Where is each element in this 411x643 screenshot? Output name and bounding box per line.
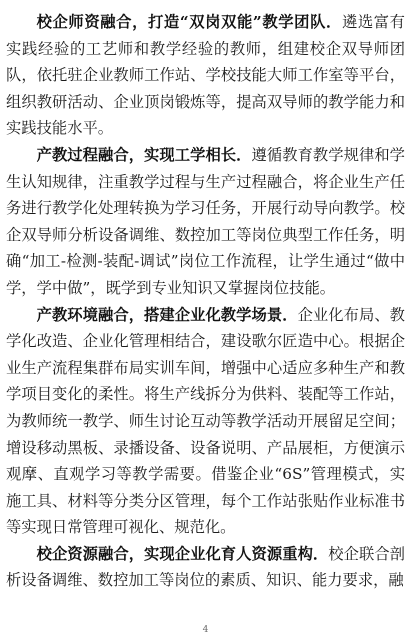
paragraph-environment-integration: 产教环境融合，搭建企业化教学场景．企业化布局、教学化改造、企业化管理相结合，建设… bbox=[6, 302, 405, 541]
paragraph-resource-integration: 校企资源融合，实现企业化育人资源重构．校企联合剖析设备调维、数控加工等岗位的素质… bbox=[6, 541, 405, 594]
paragraph-body: 遴选富有实践经验的工艺师和教学经验的教师，组建校企双导师团队，依托驻企业教师工作… bbox=[6, 13, 405, 137]
paragraph-body: 遵循教育教学规律和学生认知规律，注重教学过程与生产过程融合，将企业生产任务进行教… bbox=[6, 146, 405, 297]
paragraph-lead: 校企资源融合，实现企业化育人资源重构． bbox=[37, 545, 329, 563]
paragraph-process-integration: 产教过程融合，实现工学相长．遵循教育教学规律和学生认知规律，注重教学过程与生产过… bbox=[6, 142, 405, 302]
paragraph-lead: 校企师资融合，打造“双岗双能”教学团队． bbox=[37, 13, 342, 31]
paragraph-teacher-team: 校企师资融合，打造“双岗双能”教学团队．遴选富有实践经验的工艺师和教学经验的教师… bbox=[6, 9, 405, 142]
document-page: 校企师资融合，打造“双岗双能”教学团队．遴选富有实践经验的工艺师和教学经验的教师… bbox=[0, 0, 411, 643]
paragraph-lead: 产教过程融合，实现工学相长． bbox=[37, 146, 252, 164]
page-number: 4 bbox=[0, 625, 411, 635]
paragraph-body: 企业化布局、教学化改造、企业化管理相结合，建设歌尔匠造中心。根据企业生产流程集群… bbox=[6, 306, 405, 537]
paragraph-lead: 产教环境融合，搭建企业化教学场景． bbox=[37, 306, 298, 324]
